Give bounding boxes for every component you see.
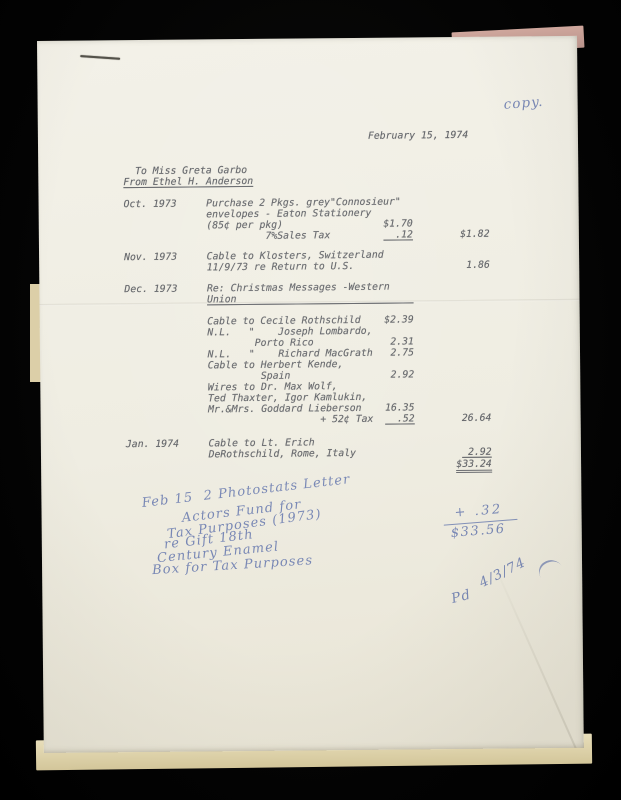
pencil-dash-mark (80, 55, 120, 60)
handwritten-paid-note: Pd4/3/74 (447, 553, 560, 598)
diagonal-corner-crease (499, 576, 580, 753)
handwritten-added-amount: + .32 (454, 503, 503, 520)
ledger-line: 11/9/73 re Return to U.S. 1.86 (124, 260, 490, 275)
handwritten-note: Feb 15 2 Photostats Letter Actors Fund f… (37, 36, 577, 41)
ledger-line: + 52¢ Tax .52 26.64 (126, 413, 492, 428)
grand-total: $33.24 (456, 459, 492, 473)
initials-scribble (535, 555, 563, 580)
memo-from-line: From Ethel H. Anderson (123, 176, 253, 188)
copy-annotation: copy. (503, 96, 544, 112)
memo-date: February 15, 1974 (368, 130, 468, 142)
document-sheet: copy. February 15, 1974 To Miss Greta Ga… (37, 36, 584, 753)
typed-body: To Miss Greta Garbo From Ethel H. Anders… (37, 36, 577, 41)
handwritten-revised-total: $33.56 (450, 523, 506, 540)
ledger-line: Union (124, 292, 413, 306)
ledger-line: 7%Sales Tax .12 $1.82 (124, 229, 490, 244)
ledger-total-line: $33.24 (126, 459, 492, 474)
photo-backdrop: copy. February 15, 1974 To Miss Greta Ga… (0, 0, 621, 800)
